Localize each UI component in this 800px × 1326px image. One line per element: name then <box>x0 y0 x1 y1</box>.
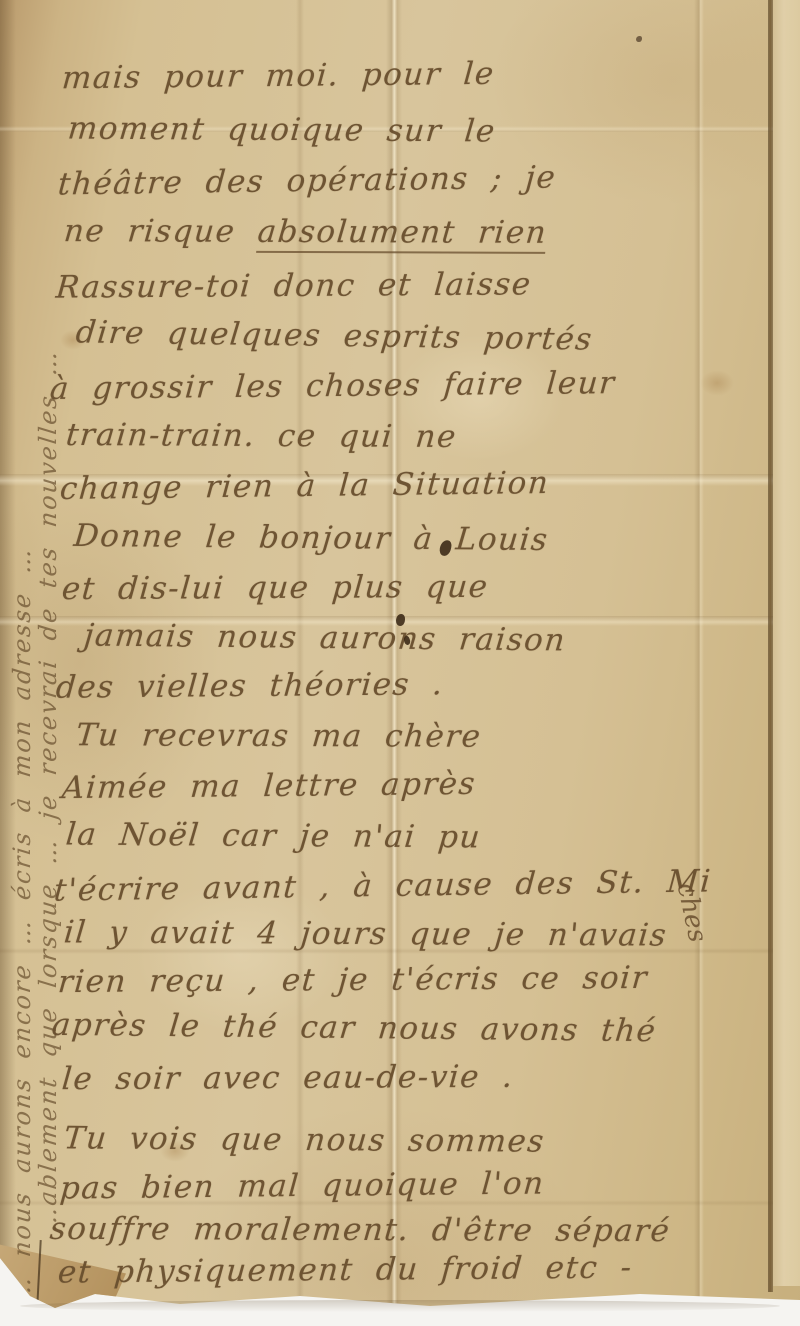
letter-line: Tu vois que nous sommes <box>62 1120 546 1159</box>
page-edge-seam <box>768 0 773 1292</box>
letter-line: train-train. ce qui ne <box>64 417 458 455</box>
letter-line: change rien à la Situation <box>59 465 551 507</box>
letter-line: et dis-lui que plus que <box>61 569 491 607</box>
margin-note-left-outer: …ablement que lorsque … je recevrai de t… <box>34 348 62 1233</box>
letter-line: et physiquement du froid etc - <box>57 1249 635 1290</box>
underlying-page-strip <box>773 0 800 1286</box>
letter-line: à grossir les choses faire leur <box>49 365 617 407</box>
letter-line: théâtre des opérations ; je <box>57 160 558 203</box>
letter-line: ne risque absolument rien <box>62 213 548 251</box>
letter-line: souffre moralement. d'être séparé <box>48 1211 672 1249</box>
letter-line: la Noël car je n'ai pu <box>64 817 482 856</box>
letter-line: Donne le bonjour à Louis <box>72 518 550 558</box>
paper-stain <box>700 370 734 396</box>
ink-blot <box>636 36 642 42</box>
scanned-letter: mais pour moi. pour lemoment quoique sur… <box>0 0 800 1326</box>
letter-line: t'écrire avant , à cause des St. Mi <box>53 863 713 908</box>
fold-crease-vertical-right <box>694 0 704 1326</box>
letter-line: pas bien mal quoique l'on <box>59 1165 546 1206</box>
letter-line: après le thé car nous avons thé <box>50 1007 658 1049</box>
letter-line: des vielles théories . <box>55 666 446 705</box>
letter-page: mais pour moi. pour lemoment quoique sur… <box>0 0 800 1326</box>
letter-line: dire quelques esprits portés <box>74 314 594 357</box>
letter-line: moment quoique sur le <box>66 111 497 150</box>
letter-line: jamais nous aurons raison <box>82 617 567 658</box>
letter-line: Tu recevras ma chère <box>74 717 483 754</box>
letter-line: le soir avec eau-de-vie . <box>61 1059 516 1097</box>
margin-note-left-inner: … nous aurons encore … écris à mon adres… <box>8 546 36 1303</box>
underlined-phrase: absolument rien <box>256 214 549 254</box>
scan-edge-shadow <box>20 1300 780 1312</box>
letter-line: il y avait 4 jours que je n'avais <box>62 914 669 953</box>
letter-line: Aimée ma lettre après <box>61 766 478 806</box>
letter-line: rien reçu , et je t'écris ce soir <box>57 960 650 1000</box>
letter-line: Rassure-toi donc et laisse <box>55 266 534 305</box>
letter-line: mais pour moi. pour le <box>61 56 497 97</box>
